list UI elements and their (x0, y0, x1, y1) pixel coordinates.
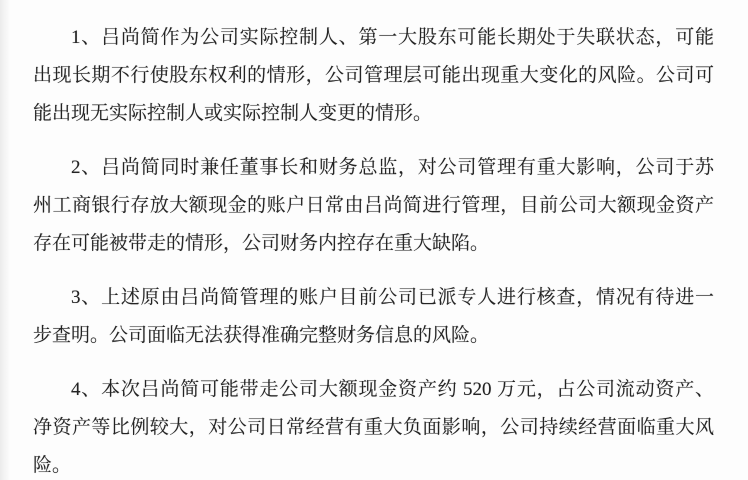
paragraph-line: 3、上述原由吕尚简管理的账户目前公司已派专人进行核查，情况有待进一 (33, 279, 714, 317)
risk-paragraph-4: 4、本次吕尚简可能带走公司大额现金资产约 520 万元，占公司流动资产、 净资产… (33, 371, 714, 480)
paragraph-line: 出现长期不行使股东权利的情形，公司管理层可能出现重大变化的风险。公司可 (33, 57, 714, 95)
paragraph-line: 净资产等比例较大，对公司日常经营有重大负面影响，公司持续经营面临重大风 (33, 409, 714, 447)
document-page: 1、吕尚简作为公司实际控制人、第一大股东可能长期处于失联状态，可能 出现长期不行… (0, 0, 748, 480)
risk-paragraph-2: 2、吕尚简同时兼任董事长和财务总监，对公司管理有重大影响，公司于苏 州工商银行存… (33, 149, 714, 263)
paragraph-line: 4、本次吕尚简可能带走公司大额现金资产约 520 万元，占公司流动资产、 (33, 371, 714, 409)
paragraph-line: 能出现无实际控制人或实际控制人变更的情形。 (33, 95, 714, 133)
paragraph-line: 1、吕尚简作为公司实际控制人、第一大股东可能长期处于失联状态，可能 (33, 19, 714, 57)
paragraph-line: 州工商银行存放大额现金的账户日常由吕尚简进行管理，目前公司大额现金资产 (33, 187, 714, 225)
paragraph-line: 步查明。公司面临无法获得准确完整财务信息的风险。 (33, 317, 714, 355)
paragraph-line: 存在可能被带走的情形，公司财务内控存在重大缺陷。 (33, 225, 714, 263)
risk-paragraph-1: 1、吕尚简作为公司实际控制人、第一大股东可能长期处于失联状态，可能 出现长期不行… (33, 19, 714, 133)
paragraph-line: 2、吕尚简同时兼任董事长和财务总监，对公司管理有重大影响，公司于苏 (33, 149, 714, 187)
risk-paragraph-3: 3、上述原由吕尚简管理的账户目前公司已派专人进行核查，情况有待进一 步查明。公司… (33, 279, 714, 355)
paragraph-line: 险。 (33, 447, 714, 480)
